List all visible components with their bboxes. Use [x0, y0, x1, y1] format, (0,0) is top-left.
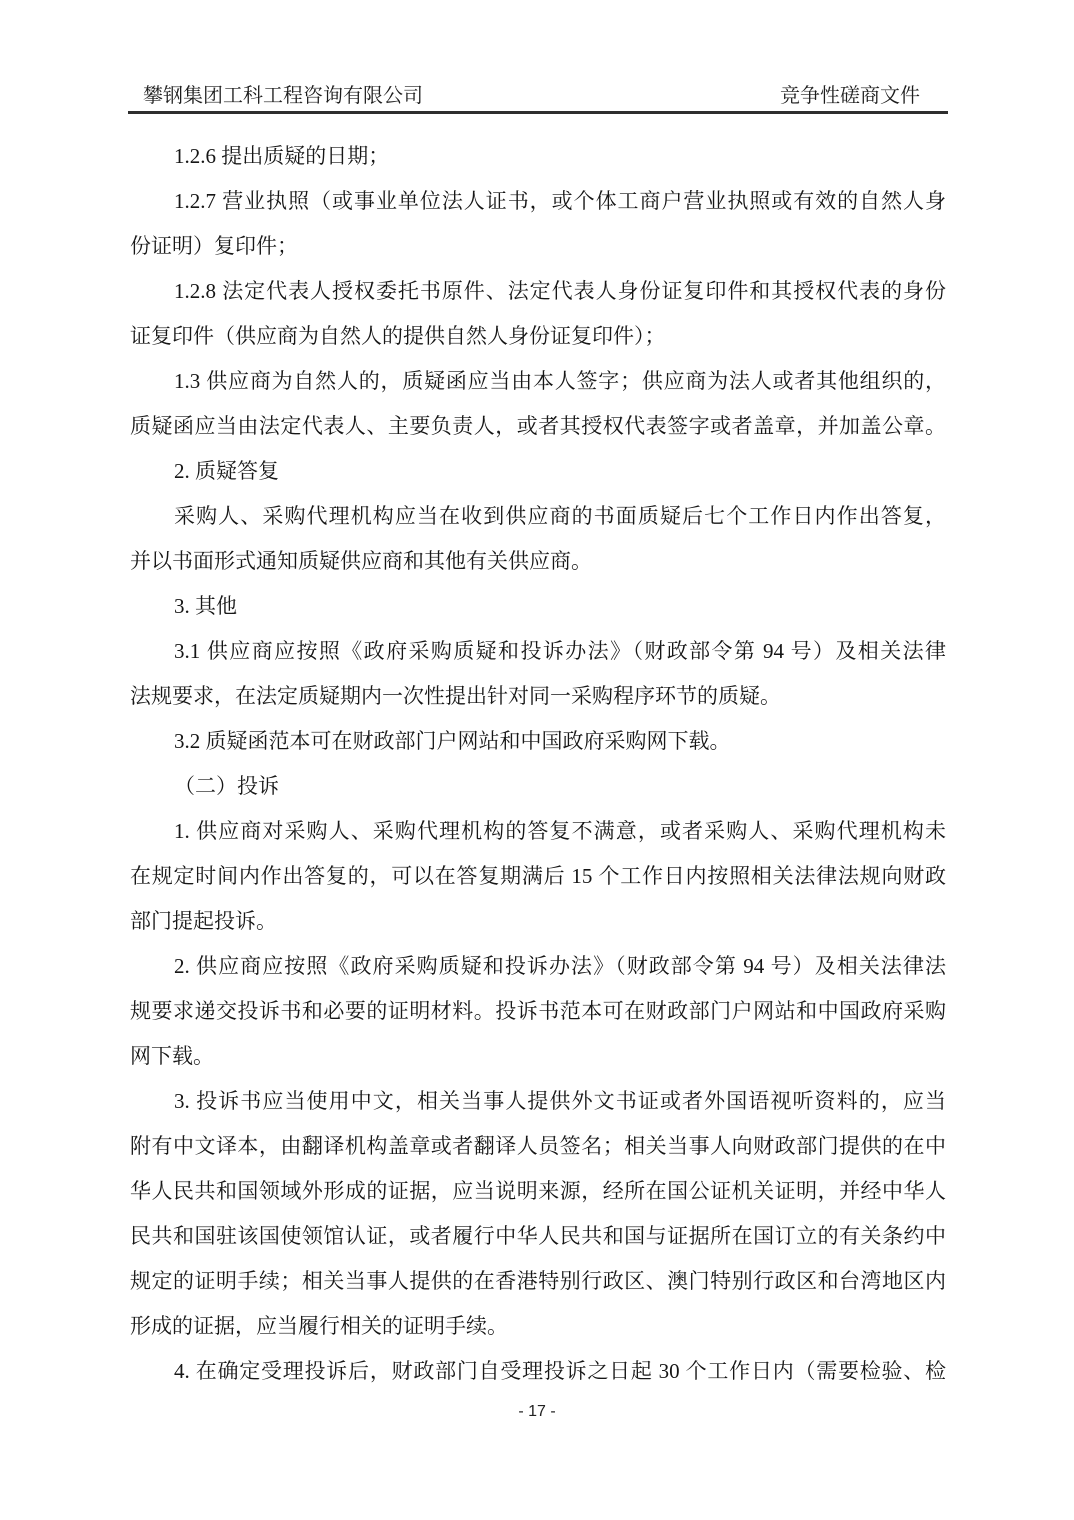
text-line: （二）投诉: [130, 764, 946, 809]
text-line: 并以书面形式通知质疑供应商和其他有关供应商。: [130, 539, 946, 584]
text-line: 证复印件（供应商为自然人的提供自然人身份证复印件）；: [130, 314, 946, 359]
page-footer: - 17 -: [0, 1401, 1074, 1423]
text-line: 部门提起投诉。: [130, 899, 946, 944]
text-line: 质疑函应当由法定代表人、主要负责人，或者其授权代表签字或者盖章，并加盖公章。: [130, 404, 946, 449]
header-doc-type: 竞争性磋商文件: [780, 84, 920, 108]
text-line: 网下载。: [130, 1034, 946, 1079]
text-line: 规定的证明手续；相关当事人提供的在香港特别行政区、澳门特别行政区和台湾地区内: [130, 1259, 946, 1304]
text-line: 2. 供应商应按照《政府采购质疑和投诉办法》（财政部令第 94 号）及相关法律法: [130, 944, 946, 989]
header-rule: [128, 111, 948, 114]
document-body: 1.2.6 提出质疑的日期； 1.2.7 营业执照（或事业单位法人证书，或个体工…: [130, 134, 946, 1394]
document-page: 攀钢集团工科工程咨询有限公司 竞争性磋商文件 1.2.6 提出质疑的日期； 1.…: [0, 0, 1074, 1520]
text-line: 1.2.7 营业执照（或事业单位法人证书，或个体工商户营业执照或有效的自然人身: [130, 179, 946, 224]
text-line: 1.2.8 法定代表人授权委托书原件、法定代表人身份证复印件和其授权代表的身份: [130, 269, 946, 314]
text-line: 3.2 质疑函范本可在财政部门户网站和中国政府采购网下载。: [130, 719, 946, 764]
text-line: 3. 其他: [130, 584, 946, 629]
text-line: 形成的证据，应当履行相关的证明手续。: [130, 1304, 946, 1349]
text-line: 份证明）复印件；: [130, 224, 946, 269]
page-number: - 17 -: [518, 1403, 555, 1420]
text-line: 3. 投诉书应当使用中文，相关当事人提供外文书证或者外国语视听资料的，应当: [130, 1079, 946, 1124]
text-line: 2. 质疑答复: [130, 449, 946, 494]
text-line: 1.3 供应商为自然人的，质疑函应当由本人签字；供应商为法人或者其他组织的，: [130, 359, 946, 404]
text-line: 在规定时间内作出答复的，可以在答复期满后 15 个工作日内按照相关法律法规向财政: [130, 854, 946, 899]
text-line: 4. 在确定受理投诉后，财政部门自受理投诉之日起 30 个工作日内（需要检验、检: [130, 1349, 946, 1394]
page-header: 攀钢集团工科工程咨询有限公司 竞争性磋商文件: [130, 84, 946, 108]
header-company-name: 攀钢集团工科工程咨询有限公司: [143, 84, 423, 108]
text-line: 1.2.6 提出质疑的日期；: [130, 134, 946, 179]
text-line: 规要求递交投诉书和必要的证明材料。投诉书范本可在财政部门户网站和中国政府采购: [130, 989, 946, 1034]
text-line: 民共和国驻该国使领馆认证，或者履行中华人民共和国与证据所在国订立的有关条约中: [130, 1214, 946, 1259]
text-line: 3.1 供应商应按照《政府采购质疑和投诉办法》（财政部令第 94 号）及相关法律: [130, 629, 946, 674]
text-line: 1. 供应商对采购人、采购代理机构的答复不满意，或者采购人、采购代理机构未: [130, 809, 946, 854]
text-line: 华人民共和国领域外形成的证据，应当说明来源，经所在国公证机关证明，并经中华人: [130, 1169, 946, 1214]
text-line: 采购人、采购代理机构应当在收到供应商的书面质疑后七个工作日内作出答复，: [130, 494, 946, 539]
text-line: 法规要求，在法定质疑期内一次性提出针对同一采购程序环节的质疑。: [130, 674, 946, 719]
text-line: 附有中文译本，由翻译机构盖章或者翻译人员签名；相关当事人向财政部门提供的在中: [130, 1124, 946, 1169]
